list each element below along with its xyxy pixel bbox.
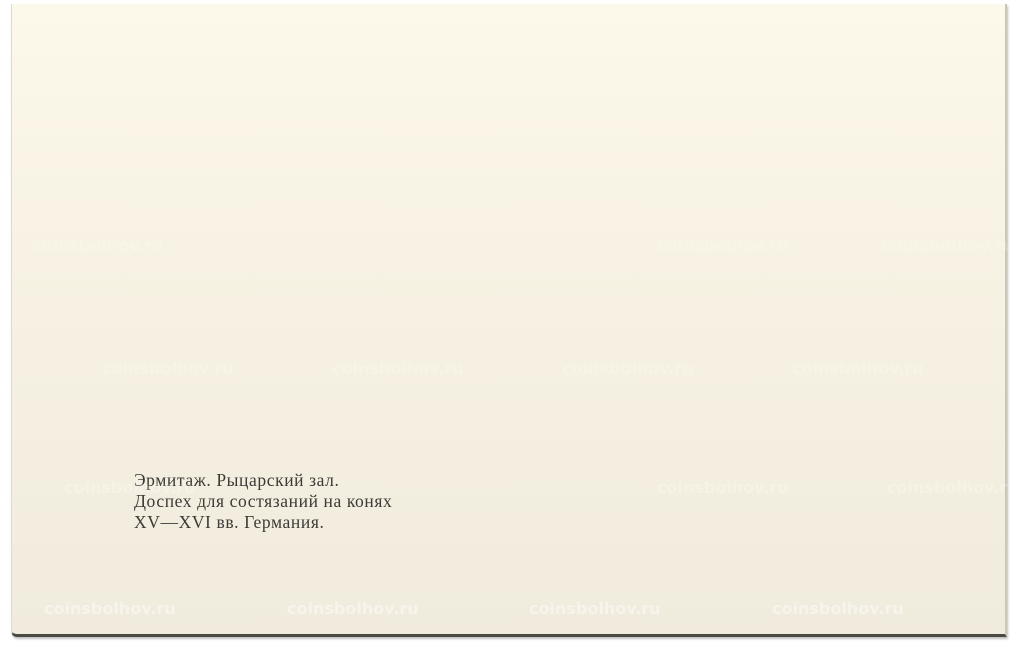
watermark: coinsbolhov.ru	[44, 599, 176, 618]
postcard-back: Эрмитаж. Рыцарский зал. Доспех для состя…	[11, 4, 1007, 637]
watermark: coinsbolhov.ru	[887, 478, 1019, 497]
watermark: coinsbolhov.ru	[32, 236, 164, 255]
watermark: coinsbolhov.ru	[529, 599, 661, 618]
watermark: coinsbolhov.ru	[772, 599, 904, 618]
watermark: coinsbolhov.ru	[882, 236, 1014, 255]
watermark: coinsbolhov.ru	[102, 359, 234, 378]
watermark: coinsbolhov.ru	[64, 478, 196, 497]
caption-line-origin: XV—XVI вв. Германия.	[134, 512, 392, 533]
watermark: coinsbolhov.ru	[287, 599, 419, 618]
watermark: coinsbolhov.ru	[657, 478, 789, 497]
watermark: coinsbolhov.ru	[657, 236, 789, 255]
watermark: coinsbolhov.ru	[562, 359, 694, 378]
watermark: coinsbolhov.ru	[332, 359, 464, 378]
watermark: coinsbolhov.ru	[792, 359, 924, 378]
